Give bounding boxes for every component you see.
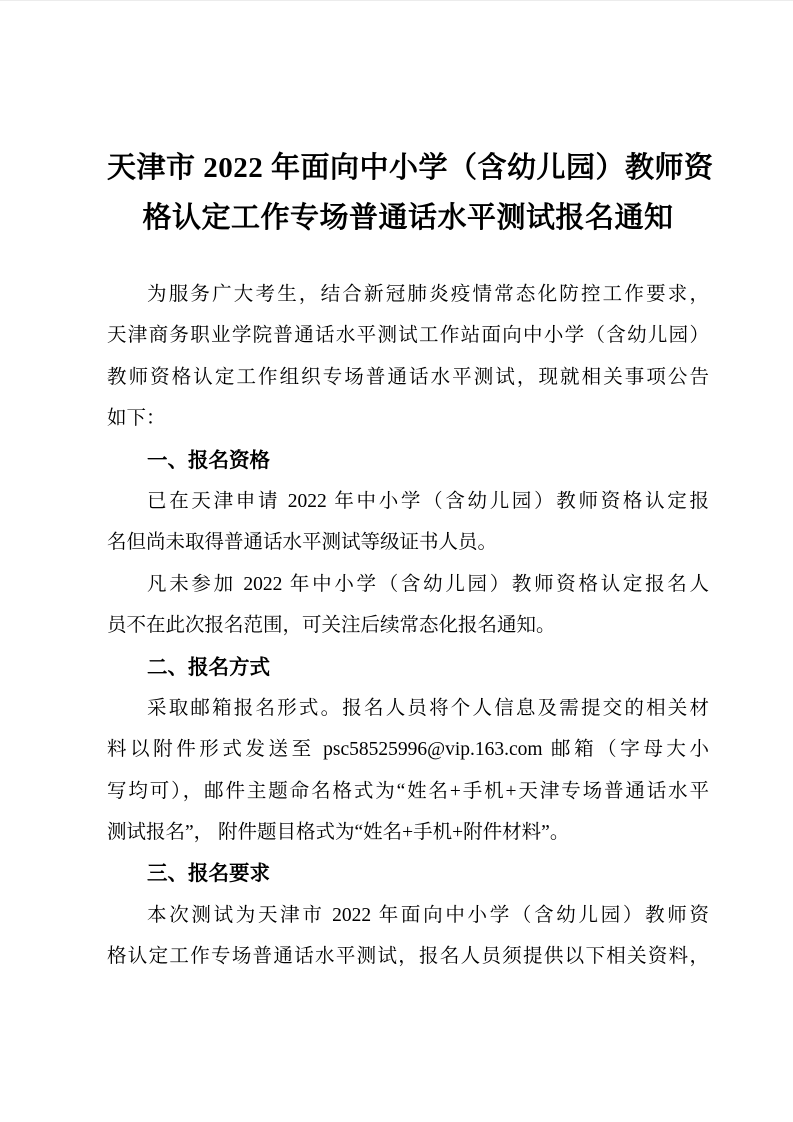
body-line: 凡未参加 2022 年中小学（含幼儿园）教师资格认定报名人 bbox=[107, 564, 709, 605]
body-line: 本次测试为天津市 2022 年面向中小学（含幼儿园）教师资 bbox=[107, 895, 709, 936]
section-heading-1: 一、报名资格 bbox=[107, 440, 709, 481]
body-line: 已在天津申请 2022 年中小学（含幼儿园）教师资格认定报 bbox=[107, 481, 709, 522]
intro-line: 为服务广大考生，结合新冠肺炎疫情常态化防控工作要求， bbox=[107, 274, 709, 315]
title-line-2: 格认定工作专场普通话水平测试报名通知 bbox=[107, 193, 709, 243]
body-line: 采取邮箱报名形式。报名人员将个人信息及需提交的相关材 bbox=[107, 688, 709, 729]
title-line-1: 天津市 2022 年面向中小学（含幼儿园）教师资 bbox=[107, 143, 709, 193]
document-body: 为服务广大考生，结合新冠肺炎疫情常态化防控工作要求， 天津商务职业学院普通话水平… bbox=[107, 274, 709, 978]
body-line: 名但尚未取得普通话水平测试等级证书人员。 bbox=[107, 522, 709, 563]
intro-line: 教师资格认定工作组织专场普通话水平测试，现就相关事项公告 bbox=[107, 357, 709, 398]
body-line: 员不在此次报名范围，可关注后续常态化报名通知。 bbox=[107, 605, 709, 646]
document-title: 天津市 2022 年面向中小学（含幼儿园）教师资 格认定工作专场普通话水平测试报… bbox=[107, 143, 709, 243]
intro-line: 天津商务职业学院普通话水平测试工作站面向中小学（含幼儿园） bbox=[107, 315, 709, 356]
document-content: 天津市 2022 年面向中小学（含幼儿园）教师资 格认定工作专场普通话水平测试报… bbox=[107, 1, 709, 978]
body-line: 测试报名”， 附件题目格式为“姓名+手机+附件材料”。 bbox=[107, 812, 709, 853]
section-heading-2: 二、报名方式 bbox=[107, 647, 709, 688]
intro-line: 如下： bbox=[107, 398, 709, 439]
body-line: 格认定工作专场普通话水平测试，报名人员须提供以下相关资料， bbox=[107, 936, 709, 977]
document-page: 天津市 2022 年面向中小学（含幼儿园）教师资 格认定工作专场普通话水平测试报… bbox=[0, 0, 793, 1122]
body-line-with-email: 料以附件形式发送至 psc58525996@vip.163.com 邮箱（字母大… bbox=[107, 729, 709, 770]
body-line: 写均可），邮件主题命名格式为“姓名+手机+天津专场普通话水平 bbox=[107, 771, 709, 812]
section-heading-3: 三、报名要求 bbox=[107, 853, 709, 894]
